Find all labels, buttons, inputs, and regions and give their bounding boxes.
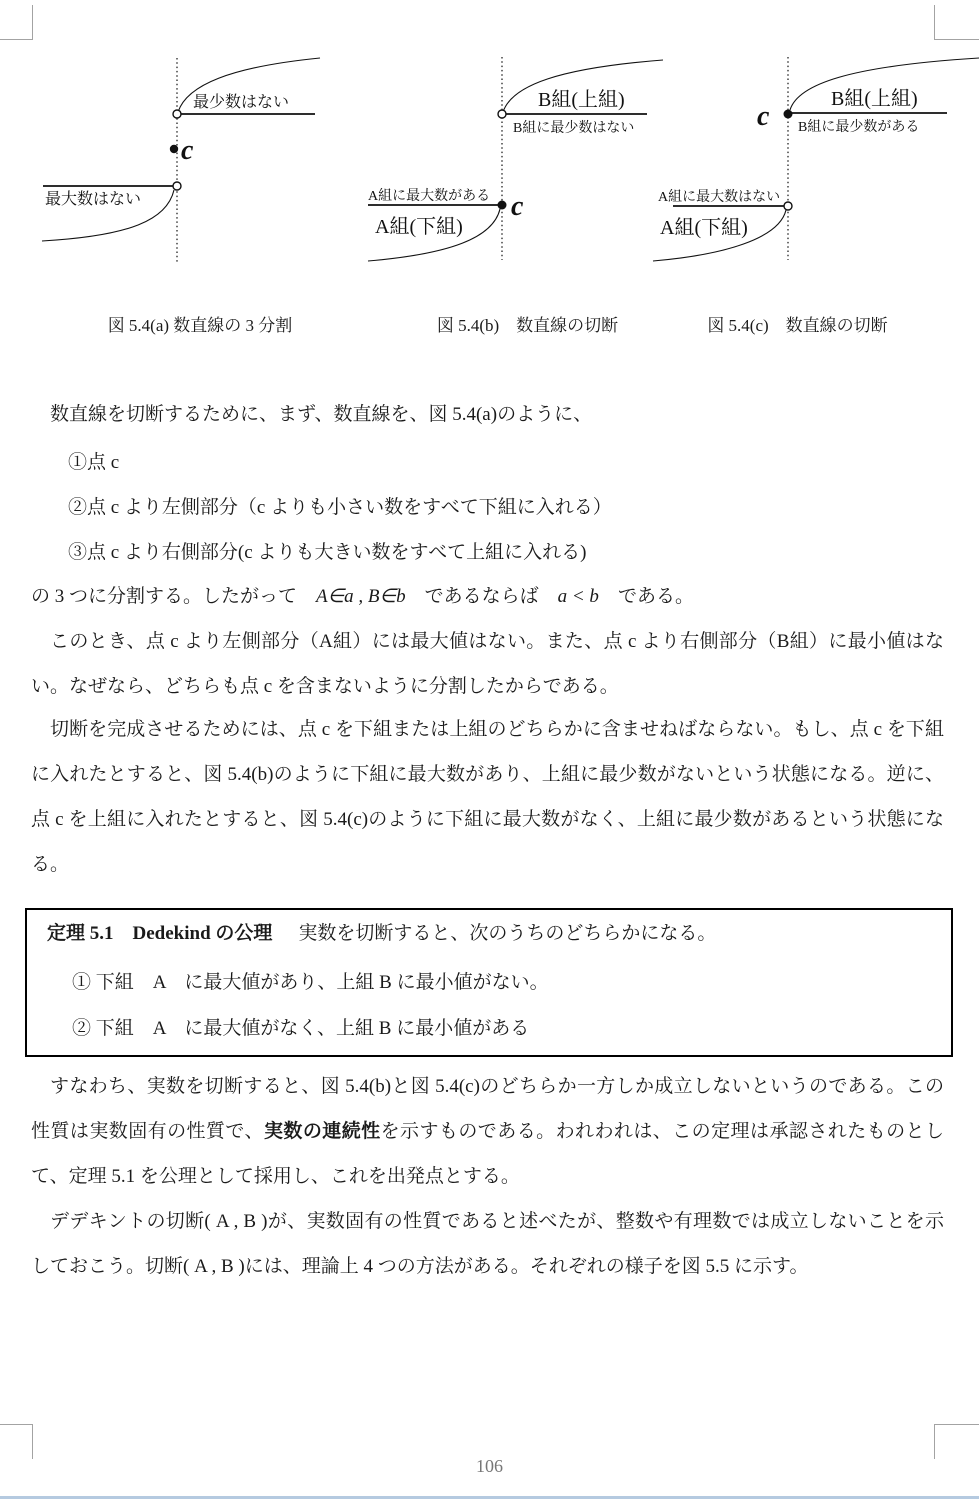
- continuity-bold-term: 実数の連続性: [264, 1121, 381, 1142]
- figa-point-c-dot: [170, 145, 178, 153]
- theorem-box: 定理 5.1 Dedekind の公理実数を切断すると、次のうちのどちらかになる…: [25, 908, 953, 1057]
- figure-5-4c: c B組(上組) B組に最少数がある A組に最大数はない A組(下組): [645, 55, 979, 265]
- figb-lower-title: A組(下組): [375, 215, 463, 238]
- figc-upper-note: B組に最少数がある: [798, 118, 919, 135]
- cropmark-bottom-right-v: [934, 1424, 935, 1459]
- paragraph-dedekind-cut: デデキントの切断( A , B )が、実数固有の性質であると述べたが、整数や有理…: [31, 1199, 944, 1289]
- cropmark-top-left-h: [0, 39, 33, 40]
- p2-text-pre: の 3 つに分割する。したがって: [31, 586, 316, 607]
- p2-math-membership: A∈a , B∈b: [316, 586, 406, 607]
- figure-5-4a: 最少数はない c 最大数はない: [30, 55, 330, 265]
- figc-point-c-label: c: [757, 101, 770, 132]
- figure-5-4b: B組(上組) B組に最少数はない A組に最大数がある c A組(下組): [355, 55, 665, 265]
- paragraph-intro: 数直線を切断するために、まず、数直線を、図 5.4(a)のように、: [31, 392, 944, 437]
- paragraph-continuity: すなわち、実数を切断すると、図 5.4(b)と図 5.4(c)のどちらか一方しか…: [31, 1064, 944, 1199]
- figb-upper-title: B組(上組): [538, 88, 625, 111]
- figc-lower-title: A組(下組): [660, 216, 748, 239]
- figa-upper-note: 最少数はない: [193, 93, 289, 111]
- figa-lower-open-point: [173, 182, 181, 190]
- theorem-label: 定理 5.1 Dedekind の公理: [47, 923, 272, 944]
- figc-lower-note: A組に最大数はない: [658, 188, 780, 205]
- figb-upper-note: B組に最少数はない: [513, 119, 634, 136]
- page-number: 106: [0, 1456, 979, 1477]
- figb-point-c-dot: [498, 201, 507, 210]
- paragraph-complete-cut: 切断を完成させるためには、点 c を下組または上組のどちらかに含ませねばならない…: [31, 707, 944, 887]
- document-page: 最少数はない c 最大数はない B組(上組) B組に最少数はない A組に最大数が…: [0, 0, 979, 1500]
- cropmark-bottom-right-h: [934, 1424, 979, 1425]
- figa-lower-note: 最大数はない: [45, 190, 141, 208]
- p2-text-post: である。: [599, 586, 694, 607]
- list-item-2: ②点 c より左側部分（c よりも小さい数をすべて下組に入れる）: [68, 485, 928, 530]
- p2-text-mid: であるならば: [406, 586, 558, 607]
- split-steps-list: ①点 c ②点 c より左側部分（c よりも小さい数をすべて下組に入れる） ③点…: [68, 440, 928, 575]
- theorem-item-1: ① 下組 A に最大値があり、上組 B に最小値がない。: [72, 960, 932, 1006]
- figb-upper-open-point: [498, 110, 506, 118]
- figb-point-c-label: c: [511, 191, 524, 222]
- figc-point-c-dot: [784, 110, 793, 119]
- paragraph-no-max-min: このとき、点 c より左側部分（A組）には最大値はない。また、点 c より右側部…: [31, 619, 944, 709]
- cropmark-top-left-v: [32, 5, 33, 40]
- cropmark-bottom-left-v: [32, 1424, 33, 1459]
- cropmark-top-right-h: [934, 39, 979, 40]
- figure-caption-b: 図 5.4(b) 数直線の切断: [390, 311, 665, 335]
- cropmark-top-right-v: [934, 5, 935, 40]
- p2-math-inequality: a < b: [558, 586, 599, 607]
- figc-lower-open-point: [784, 202, 792, 210]
- cropmark-bottom-left-h: [0, 1424, 33, 1425]
- figa-upper-open-point: [173, 110, 181, 118]
- figa-point-c-label: c: [181, 135, 194, 166]
- figb-lower-note: A組に最大数がある: [368, 187, 490, 204]
- figc-upper-title: B組(上組): [831, 87, 918, 110]
- theorem-title-line: 定理 5.1 Dedekind の公理実数を切断すると、次のうちのどちらかになる…: [47, 920, 927, 948]
- paragraph-continuation: の 3 つに分割する。したがって A∈a , B∈b であるならば a < b …: [31, 574, 944, 619]
- theorem-items: ① 下組 A に最大値があり、上組 B に最小値がない。 ② 下組 A に最大値…: [72, 960, 932, 1052]
- figure-caption-c: 図 5.4(c) 数直線の切断: [660, 311, 935, 335]
- list-item-3: ③点 c より右側部分(c よりも大きい数をすべて上組に入れる): [68, 530, 928, 575]
- figure-caption-a: 図 5.4(a) 数直線の 3 分割: [55, 311, 345, 335]
- list-item-1: ①点 c: [68, 440, 928, 485]
- theorem-statement: 実数を切断すると、次のうちのどちらかになる。: [298, 923, 716, 944]
- bottom-divider-line: [0, 1496, 979, 1499]
- theorem-item-2: ② 下組 A に最大値がなく、上組 B に最小値がある: [72, 1006, 932, 1052]
